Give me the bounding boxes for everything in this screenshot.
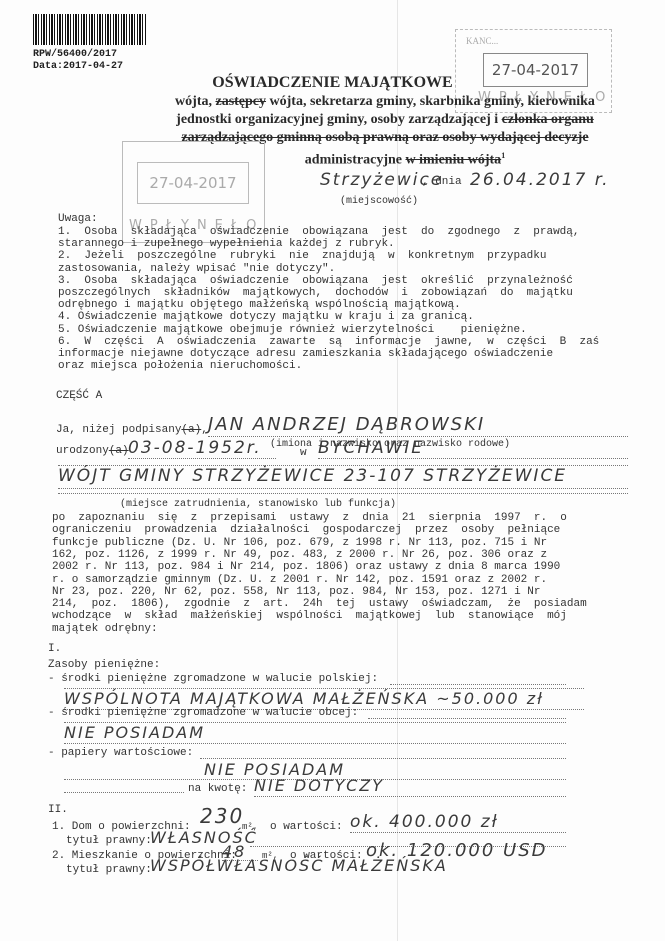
note-line: 2. Jeżeli poszczególne rubryki nie znajd… (58, 251, 628, 262)
note-line: informacje niejawne dotyczące adresu zam… (58, 349, 628, 360)
dotted-line (200, 758, 566, 759)
dotted-line (64, 792, 184, 793)
note-line: odrębnego i majątku objętego małżeńską w… (58, 300, 628, 311)
subtitle-struck-text: w imieniu wójta (406, 153, 502, 168)
note-line: zastosowania, należy wpisać "nie dotyczy… (58, 264, 628, 275)
section-1-numeral: I. (48, 644, 61, 655)
subtitle-text: jednostki organizacyjnej gminy, osoby za… (176, 112, 501, 127)
note-line: 5. Oświadczenie majątkowe obejmuje równi… (58, 325, 628, 336)
subtitle-text: administracyjne (305, 153, 406, 168)
house-value-field: ok. 400.000 zł (350, 812, 566, 833)
note-line: 6. W części A oświadczenia zawarte są in… (58, 337, 628, 348)
note-line: 1. Osoba składająca oświadczenie obowiąz… (58, 227, 628, 238)
legal-text-line: 214, poz. 1806), zgodnie z art. 24h tej … (52, 599, 587, 610)
signed-label: Ja, niżej podpisany(a), (56, 425, 208, 436)
legal-text-line: funkcje publiczne (Dz. U. Nr 106, poz. 6… (52, 538, 547, 549)
struck-suffix: (a) (181, 424, 201, 436)
born-label: urodzony(a) (56, 446, 129, 457)
stamp-date: 27-04-2017 (137, 162, 249, 204)
legal-text-line: 2002 r. Nr 113, poz. 984 i Nr 214, poz. … (52, 562, 560, 573)
struck-suffix: (a) (109, 445, 129, 457)
legal-text-line: ograniczeniu prowadzenia działalności go… (52, 525, 560, 536)
birth-place-field: BYCHAWIE (318, 438, 628, 459)
section-1-heading: Zasoby pieniężne: (48, 660, 160, 671)
legal-text-line: po zapoznaniu się z przepisami ustawy z … (52, 513, 567, 524)
subtitle-struck-text: członka organu (502, 112, 594, 127)
note-line: starannego i zupełnego wypełnienia każde… (58, 239, 628, 250)
legal-text-line: 162, poz. 1126, z 1999 r. Nr 49, poz. 48… (52, 550, 547, 561)
apartment-title-field: WSPÓŁWŁASNOŚĆ MAŁŻEŃSKA (150, 856, 448, 875)
notes-heading: Uwaga: (58, 214, 98, 225)
employment-caption: (miejsce zatrudnienia, stanowisko lub fu… (120, 499, 396, 510)
legal-text-line: majątek odrębny: (52, 624, 158, 635)
signed-label-text: Ja, niżej podpisany (56, 424, 181, 436)
section-2-numeral: II. (48, 805, 68, 816)
house-title-label: tytuł prawny: (66, 836, 152, 847)
legal-text-line: wchodzące w skład małżeńskiej wspólności… (52, 611, 567, 622)
birth-date-field: 03-08-1952r. (128, 438, 276, 459)
full-name-field: JAN ANDRZEJ DĄBROWSKI (208, 414, 628, 437)
note-line: poszczególnych składników majątkowych, d… (58, 288, 628, 299)
note-line: 3. Osoba składająca oświadczenie obowiąz… (58, 276, 628, 287)
stamp-office: KANC... (466, 36, 498, 46)
in-label: w (300, 448, 307, 459)
document-page: RPW/56400/2017 Data:2017-04-27 KANC... 2… (0, 0, 665, 941)
note-line: oraz miejsca położenia nieruchomości. (58, 361, 628, 372)
securities-label: - papiery wartościowe: (48, 748, 193, 759)
employment-field: WÓJT GMINY STRZYŻEWICE 23-107 STRZYŻEWIC… (58, 465, 628, 489)
part-a-heading: CZĘŚĆ A (56, 391, 102, 402)
house-area-field: 230 (200, 804, 244, 828)
foreign-label: - środki pieniężne zgromadzone w walucie… (48, 708, 358, 719)
legal-text-line: r. o samorządzie gminnym (Dz. U. z 2001 … (52, 575, 547, 586)
dotted-line (390, 684, 566, 685)
apartment-title-label: tytuł prawny: (66, 865, 152, 876)
date-label: , dnia (422, 177, 462, 188)
amount-label: na kwotę: (188, 784, 247, 795)
place-caption: (miejscowość) (340, 196, 418, 207)
dotted-line (368, 718, 566, 719)
amount-field: NIE DOTYCZY (254, 776, 566, 797)
footnote-marker: 1 (501, 151, 505, 160)
legal-text-line: Nr 23, poz. 220, Nr 62, poz. 558, Nr 113… (52, 587, 540, 598)
foreign-funds-field: NIE POSIADAM (64, 722, 566, 744)
born-label-text: urodzony (56, 445, 109, 457)
date-handwritten: 26.04.2017 r. (470, 170, 615, 190)
subtitle-struck-text: zastępcy (215, 94, 266, 109)
subtitle-text: wójta, sekretarza gminy, skarbnika gminy… (266, 94, 595, 109)
document-title: OŚWIADCZENIE MAJĄTKOWE (0, 74, 665, 92)
note-line: 4. Oświadczenie majątkowe dotyczy majątk… (58, 312, 628, 323)
pln-label: - środki pieniężne zgromadzone w walucie… (48, 674, 378, 685)
dotted-line (58, 493, 628, 494)
barcode-icon (33, 14, 146, 45)
registry-date: Data:2017-04-27 (33, 61, 123, 72)
subtitle-text: wójta, (175, 94, 215, 109)
house-value-label: o wartości: (270, 822, 343, 833)
registry-number: RPW/56400/2017 (33, 49, 117, 60)
